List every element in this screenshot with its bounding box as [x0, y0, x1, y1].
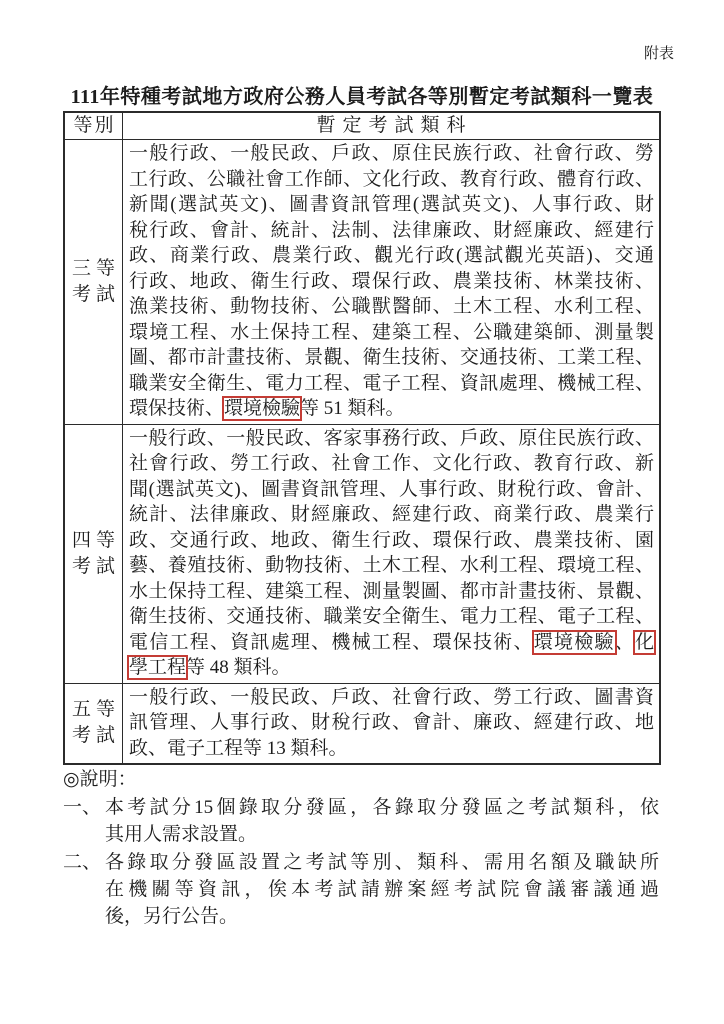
note-number: 一、 [63, 794, 105, 848]
subjects-line: 行政、地政、衛生行政、環保行政、農業技術、林業技術、 [129, 269, 654, 295]
subjects-line: 政、交通行政、地政、衛生行政、環保行政、農業技術、園 [129, 528, 654, 554]
note-item: 二、各錄取分發區設置之考試等別、類科、需用名額及職缺所在機關等資訊，俟本考試請辦… [63, 849, 659, 930]
subjects-text: 政、商業行政、農業行政、觀光行政(選試觀光英語)、交通 [129, 245, 654, 266]
note-line: 其用人需求設置。 [105, 821, 659, 848]
subjects-line: 社會行政、勞工行政、社會工作、文化行政、教育行政、新 [129, 451, 654, 477]
document-page: 附表 111年特種考試地方政府公務人員考試各等別暫定考試類科一覽表 等別 暫定考… [0, 0, 724, 1024]
notes-title-text: 說明： [80, 769, 137, 790]
subjects-line: 政、商業行政、農業行政、觀光行政(選試觀光英語)、交通 [129, 243, 654, 269]
subjects-line: 衛生技術、交通技術、職業安全衛生、電力工程、電子工程、 [129, 604, 654, 630]
subjects-text: 稅行政、會計、統計、法制、法律廉政、財經廉政、經建行 [129, 220, 654, 241]
level-label: 四等 [65, 528, 122, 554]
subjects-text: 政、交通行政、地政、衛生行政、環保行政、農業技術、園 [129, 530, 654, 551]
level-cell: 四等考試 [65, 425, 123, 683]
note-line: 後，另行公告。 [105, 903, 659, 930]
subjects-text: 一般行政、一般民政、客家事務行政、戶政、原住民族行政、 [129, 428, 654, 449]
exam-table: 等別 暫定考試類科 三等考試一般行政、一般民政、戶政、原住民族行政、社會行政、勞… [63, 111, 661, 765]
table-row: 三等考試一般行政、一般民政、戶政、原住民族行政、社會行政、勞工行政、公職社會工作… [65, 140, 659, 424]
note-item: 一、本考試分15個錄取分發區，各錄取分發區之考試類科，依其用人需求設置。 [63, 794, 659, 848]
highlighted-term: 學工程 [129, 657, 186, 678]
subjects-line: 藝、養殖技術、動物技術、土木工程、水利工程、環境工程、 [129, 553, 654, 579]
subjects-line: 政、電子工程等 13 類科。 [129, 736, 654, 762]
subjects-text: 聞(選試英文)、圖書資訊管理、人事行政、財稅行政、會計、 [129, 479, 654, 500]
corner-label: 附表 [644, 46, 674, 62]
note-line: 本考試分15個錄取分發區，各錄取分發區之考試類科，依 [105, 794, 659, 821]
subjects-line: 水土保持工程、建築工程、測量製圖、都市計畫技術、景觀、 [129, 579, 654, 605]
subjects-line: 環境工程、水土保持工程、建築工程、公職建築師、測量製 [129, 320, 654, 346]
level-label: 三等 [65, 256, 122, 282]
highlighted-term: 化 [635, 632, 654, 653]
page-title: 111年特種考試地方政府公務人員考試各等別暫定考試類科一覽表 [63, 84, 661, 110]
subjects-line: 新聞(選試英文)、圖書資訊管理(選試英文)、人事行政、財 [129, 192, 654, 218]
level-label: 考試 [65, 282, 122, 308]
subjects-cell: 一般行政、一般民政、客家事務行政、戶政、原住民族行政、社會行政、勞工行政、社會工… [123, 425, 659, 683]
subjects-text: 社會行政、勞工行政、社會工作、文化行政、教育行政、新 [129, 453, 654, 474]
note-line: 在機關等資訊，俟本考試請辦案經考試院會議審議通過 [105, 876, 659, 903]
level-label: 五等 [65, 697, 122, 723]
subjects-line: 聞(選試英文)、圖書資訊管理、人事行政、財稅行政、會計、 [129, 477, 654, 503]
table-header-level: 等別 [65, 113, 123, 139]
subjects-text: 行政、地政、衛生行政、環保行政、農業技術、林業技術、 [129, 271, 654, 292]
subjects-text: 水土保持工程、建築工程、測量製圖、都市計畫技術、景觀、 [129, 581, 654, 602]
subjects-text: 等 51 類科。 [300, 398, 405, 419]
subjects-text: 工行政、公職社會工作師、文化行政、教育行政、體育行政、 [129, 169, 654, 190]
notes-section: ◎說明： 一、本考試分15個錄取分發區，各錄取分發區之考試類科，依其用人需求設置… [63, 766, 659, 930]
subjects-cell: 一般行政、一般民政、戶政、原住民族行政、社會行政、勞工行政、公職社會工作師、文化… [123, 140, 659, 424]
subjects-text: 訊管理、人事行政、財稅行政、會計、廉政、經建行政、地 [129, 712, 654, 733]
note-number: 二、 [63, 849, 105, 930]
subjects-text: 衛生技術、交通技術、職業安全衛生、電力工程、電子工程、 [129, 606, 654, 627]
subjects-text: 一般行政、一般民政、戶政、原住民族行政、社會行政、勞 [129, 143, 654, 164]
subjects-line: 電信工程、資訊處理、機械工程、環保技術、環境檢驗、化 [129, 630, 654, 656]
subjects-cell: 一般行政、一般民政、戶政、社會行政、勞工行政、圖書資訊管理、人事行政、財稅行政、… [123, 684, 659, 764]
note-text: 各錄取分發區設置之考試等別、類科、需用名額及職缺所在機關等資訊，俟本考試請辦案經… [105, 849, 659, 930]
subjects-text: 政、電子工程等 13 類科。 [129, 738, 348, 759]
subjects-text: 職業安全衛生、電力工程、電子工程、資訊處理、機械工程、 [129, 373, 654, 394]
table-row: 四等考試一般行政、一般民政、客家事務行政、戶政、原住民族行政、社會行政、勞工行政… [65, 424, 659, 683]
subjects-line: 訊管理、人事行政、財稅行政、會計、廉政、經建行政、地 [129, 710, 654, 736]
subjects-line: 圖、都市計畫技術、景觀、衛生技術、交通技術、工業工程、 [129, 345, 654, 371]
subjects-text: 一般行政、一般民政、戶政、社會行政、勞工行政、圖書資 [129, 687, 654, 708]
level-cell: 五等考試 [65, 684, 123, 764]
subjects-text: 藝、養殖技術、動物技術、土木工程、水利工程、環境工程、 [129, 555, 654, 576]
subjects-line: 一般行政、一般民政、戶政、社會行政、勞工行政、圖書資 [129, 685, 654, 711]
level-label: 考試 [65, 554, 122, 580]
subjects-line: 一般行政、一般民政、客家事務行政、戶政、原住民族行政、 [129, 426, 654, 452]
table-header-row: 等別 暫定考試類科 [65, 113, 659, 140]
subjects-line: 漁業技術、動物技術、公職獸醫師、土木工程、水利工程、 [129, 294, 654, 320]
level-cell: 三等考試 [65, 140, 123, 424]
subjects-line: 學工程等 48 類科。 [129, 655, 654, 681]
subjects-line: 工行政、公職社會工作師、文化行政、教育行政、體育行政、 [129, 167, 654, 193]
subjects-text: 環保技術、 [129, 398, 224, 419]
subjects-text: 統計、法律廉政、財經廉政、經建行政、商業行政、農業行 [129, 504, 654, 525]
subjects-line: 一般行政、一般民政、戶政、原住民族行政、社會行政、勞 [129, 141, 654, 167]
subjects-text: 圖、都市計畫技術、景觀、衛生技術、交通技術、工業工程、 [129, 347, 654, 368]
highlighted-term: 環境檢驗 [224, 398, 300, 419]
notes-list: 一、本考試分15個錄取分發區，各錄取分發區之考試類科，依其用人需求設置。二、各錄… [63, 794, 659, 930]
notes-title: ◎說明： [63, 766, 659, 793]
subjects-text: 環境工程、水土保持工程、建築工程、公職建築師、測量製 [129, 322, 654, 343]
subjects-text: 、 [615, 632, 635, 653]
subjects-text: 漁業技術、動物技術、公職獸醫師、土木工程、水利工程、 [129, 296, 654, 317]
subjects-text: 新聞(選試英文)、圖書資訊管理(選試英文)、人事行政、財 [129, 194, 654, 215]
table-body: 三等考試一般行政、一般民政、戶政、原住民族行政、社會行政、勞工行政、公職社會工作… [65, 140, 659, 763]
subjects-text: 電信工程、資訊處理、機械工程、環保技術、 [129, 632, 534, 653]
highlighted-term: 環境檢驗 [534, 632, 615, 653]
subjects-line: 環保技術、環境檢驗等 51 類科。 [129, 396, 654, 422]
note-text: 本考試分15個錄取分發區，各錄取分發區之考試類科，依其用人需求設置。 [105, 794, 659, 848]
subjects-line: 統計、法律廉政、財經廉政、經建行政、商業行政、農業行 [129, 502, 654, 528]
subjects-line: 職業安全衛生、電力工程、電子工程、資訊處理、機械工程、 [129, 371, 654, 397]
note-line: 各錄取分發區設置之考試等別、類科、需用名額及職缺所 [105, 849, 659, 876]
level-label: 考試 [65, 723, 122, 749]
notes-marker-icon: ◎ [63, 769, 80, 790]
table-header-subjects: 暫定考試類科 [123, 113, 659, 139]
subjects-text: 等 48 類科。 [186, 657, 291, 678]
table-row: 五等考試一般行政、一般民政、戶政、社會行政、勞工行政、圖書資訊管理、人事行政、財… [65, 683, 659, 764]
subjects-line: 稅行政、會計、統計、法制、法律廉政、財經廉政、經建行 [129, 218, 654, 244]
